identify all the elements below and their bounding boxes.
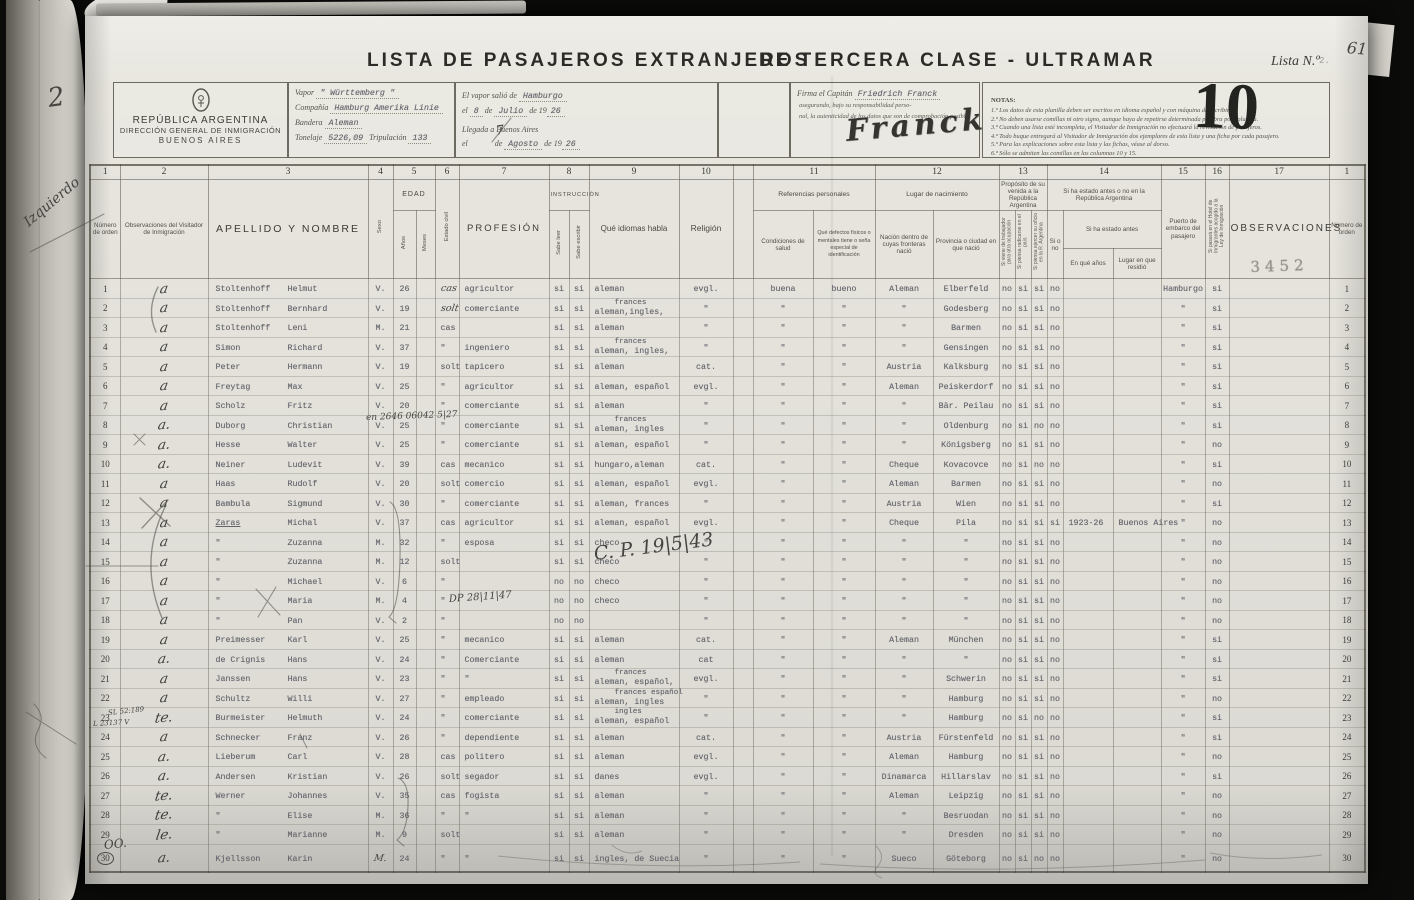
cell-sp bbox=[733, 415, 753, 435]
cell-name2: de CrignisHans bbox=[208, 649, 368, 669]
cell-write: si bbox=[569, 688, 589, 708]
cell-rel: evgl. bbox=[679, 669, 733, 689]
cell-write: si bbox=[569, 844, 589, 872]
cell-rel: " bbox=[679, 591, 733, 611]
cell-write: si bbox=[569, 513, 589, 533]
cell-defect: " bbox=[813, 357, 875, 377]
cell-yrs bbox=[1063, 786, 1113, 806]
cell-write: si bbox=[569, 708, 589, 728]
cell-obs17 bbox=[1229, 766, 1329, 786]
cell-place bbox=[1113, 669, 1161, 689]
cell-rel: " bbox=[679, 318, 733, 338]
cell-write: si bbox=[569, 396, 589, 416]
cell-write: si bbox=[569, 337, 589, 357]
cell-p3: si bbox=[1031, 337, 1047, 357]
cell-yrs bbox=[1063, 357, 1113, 377]
cell-place bbox=[1113, 415, 1161, 435]
cell-health: " bbox=[753, 669, 813, 689]
cell-name2: PreimesserKarl bbox=[208, 630, 368, 650]
cell-rel: " bbox=[679, 493, 733, 513]
cell-yrs bbox=[1063, 415, 1113, 435]
cell-place bbox=[1113, 727, 1161, 747]
cell-p2: si bbox=[1015, 552, 1031, 572]
cell-name2: "Michael bbox=[208, 571, 368, 591]
cell-yrs bbox=[1063, 766, 1113, 786]
cell-n2: 9 bbox=[1329, 435, 1365, 455]
cell-n2: 27 bbox=[1329, 786, 1365, 806]
cell-hotel: si bbox=[1205, 669, 1229, 689]
cell-port: " bbox=[1161, 454, 1205, 474]
cell-p3: si bbox=[1031, 298, 1047, 318]
cell-sex: V. bbox=[368, 786, 393, 806]
cell-rel: " bbox=[679, 532, 733, 552]
cell-city: Bär. Peilau bbox=[933, 396, 999, 416]
salio-month: Julio bbox=[494, 107, 527, 117]
cell-city: Kalksburg bbox=[933, 357, 999, 377]
cell-m bbox=[416, 844, 435, 872]
cell-port: " bbox=[1161, 649, 1205, 669]
cell-n: 19 bbox=[90, 630, 120, 650]
cell-p3: no bbox=[1031, 708, 1047, 728]
cell-p4: no bbox=[1047, 298, 1063, 318]
cell-hotel: si bbox=[1205, 766, 1229, 786]
colnum-7: 7 bbox=[459, 165, 549, 179]
nota-6: 6.ª Sólo se admiten las comillas en las … bbox=[991, 150, 1329, 159]
cell-rel: " bbox=[679, 708, 733, 728]
cell-y: 12 bbox=[393, 552, 416, 572]
cell-place bbox=[1113, 493, 1161, 513]
header-si-ha-estado-antes: Si ha estado antes bbox=[1063, 211, 1161, 249]
cell-n: 26 bbox=[90, 766, 120, 786]
cell-p3: si bbox=[1031, 552, 1047, 572]
cell-p2: si bbox=[1015, 766, 1031, 786]
cell-health: " bbox=[753, 727, 813, 747]
cell-nat: " bbox=[875, 435, 933, 455]
cell-lang: checo bbox=[589, 552, 679, 572]
cell-city: Königsberg bbox=[933, 435, 999, 455]
cell-p4: no bbox=[1047, 786, 1063, 806]
cell-lang: aleman bbox=[589, 825, 679, 845]
cell-civ: solt bbox=[435, 552, 459, 572]
colnum-3: 3 bbox=[208, 165, 368, 179]
cell-sex: M. bbox=[368, 532, 393, 552]
cell-port: " bbox=[1161, 376, 1205, 396]
captain-fineprint-1: asegurando, bajo su responsabilidad pers… bbox=[799, 102, 975, 110]
cell-p2: si bbox=[1015, 298, 1031, 318]
cell-port: " bbox=[1161, 630, 1205, 650]
cell-civ: " bbox=[435, 805, 459, 825]
cell-p1: no bbox=[999, 357, 1015, 377]
cell-place bbox=[1113, 630, 1161, 650]
cell-hotel: no bbox=[1205, 591, 1229, 611]
cell-name2: KjellssonKarin bbox=[208, 844, 368, 872]
cell-city: " bbox=[933, 649, 999, 669]
cell-n2: 2 bbox=[1329, 298, 1365, 318]
cell-hotel: si bbox=[1205, 318, 1229, 338]
cell-yrs bbox=[1063, 532, 1113, 552]
cell-p2: si bbox=[1015, 844, 1031, 872]
cell-city: Dresden bbox=[933, 825, 999, 845]
cell-m bbox=[416, 786, 435, 806]
header-en-que-anos: En qué años bbox=[1063, 249, 1113, 279]
cell-civ: " bbox=[435, 727, 459, 747]
cell-y: 26 bbox=[393, 766, 416, 786]
cell-prof: agricultor bbox=[459, 513, 549, 533]
cell-sex: V. bbox=[368, 630, 393, 650]
cell-yrs: 1923-26 bbox=[1063, 513, 1113, 533]
cell-yrs bbox=[1063, 396, 1113, 416]
cell-nat: " bbox=[875, 396, 933, 416]
cell-civ: " bbox=[435, 591, 459, 611]
cell-health: " bbox=[753, 688, 813, 708]
cell-p1: no bbox=[999, 513, 1015, 533]
cell-obs: a bbox=[120, 630, 208, 650]
cell-hotel: si bbox=[1205, 727, 1229, 747]
colnum-15: 15 bbox=[1161, 165, 1205, 179]
header-observaciones: OBSERVACIONES 3452 bbox=[1229, 179, 1329, 279]
compania-value: Hamburg Amerika Linie bbox=[330, 104, 443, 114]
cell-p3: si bbox=[1031, 805, 1047, 825]
cell-p1: no bbox=[999, 435, 1015, 455]
cell-place bbox=[1113, 688, 1161, 708]
cell-y: 19 bbox=[393, 298, 416, 318]
cell-n: 2 bbox=[90, 298, 120, 318]
header-lugar-residio: Lugar en que residió bbox=[1113, 249, 1161, 279]
cell-lang bbox=[589, 610, 679, 630]
cell-sex: M. bbox=[368, 591, 393, 611]
cell-yrs bbox=[1063, 630, 1113, 650]
cell-defect: " bbox=[813, 786, 875, 806]
cell-n2: 26 bbox=[1329, 766, 1365, 786]
cell-obs: a bbox=[120, 571, 208, 591]
org-department: DIRECCIÓN GENERAL DE INMIGRACIÓN bbox=[114, 126, 287, 135]
cell-city: Barmen bbox=[933, 474, 999, 494]
cell-name2: "Maria bbox=[208, 591, 368, 611]
cell-n2: 1 bbox=[1329, 279, 1365, 299]
cell-defect: " bbox=[813, 844, 875, 872]
table-row: 21aJanssenHansV.23""sisifrancesaleman, e… bbox=[90, 669, 1365, 689]
cell-lang: aleman bbox=[589, 649, 679, 669]
cell-p4: no bbox=[1047, 474, 1063, 494]
table-row: 17a"MariaM.4"nonocheco"""""nosisino"no17 bbox=[90, 591, 1365, 611]
cell-hotel: no bbox=[1205, 688, 1229, 708]
table-row: 30a.KjellssonKarinM.24""sisiingles, de S… bbox=[90, 844, 1365, 872]
cell-name2: PeterHermann bbox=[208, 357, 368, 377]
cell-sex: M. bbox=[368, 552, 393, 572]
table-row: 20a.de CrignisHansV.24"Comerciantesisial… bbox=[90, 649, 1365, 669]
cell-write: si bbox=[569, 669, 589, 689]
document-title-left: LISTA DE PASAJEROS EXTRANJEROS bbox=[367, 50, 810, 72]
cell-yrs bbox=[1063, 610, 1113, 630]
cell-n2: 29 bbox=[1329, 825, 1365, 845]
cell-obs: te. bbox=[120, 786, 208, 806]
cell-city: Hillarslav bbox=[933, 766, 999, 786]
cell-name2: "Marianne bbox=[208, 825, 368, 845]
cell-name2: HesseWalter bbox=[208, 435, 368, 455]
cell-n: 23 bbox=[90, 708, 120, 728]
table-row: 4aSimonRichardV.37"ingenierosisifrancesa… bbox=[90, 337, 1365, 357]
cell-obs: a bbox=[120, 532, 208, 552]
cell-m bbox=[416, 688, 435, 708]
cell-read: si bbox=[549, 513, 569, 533]
cell-city: München bbox=[933, 630, 999, 650]
cell-place bbox=[1113, 786, 1161, 806]
cell-p1: no bbox=[999, 669, 1015, 689]
cell-health: " bbox=[753, 474, 813, 494]
cell-sex: V. bbox=[368, 513, 393, 533]
captain-name: Friedrich Franck bbox=[855, 90, 941, 100]
cell-nat: Dinamarca bbox=[875, 766, 933, 786]
cell-sp bbox=[733, 649, 753, 669]
cell-civ: cas bbox=[435, 318, 459, 338]
cell-health: " bbox=[753, 844, 813, 872]
cell-defect: " bbox=[813, 630, 875, 650]
cell-civ: " bbox=[435, 435, 459, 455]
cell-port: " bbox=[1161, 825, 1205, 845]
cell-p4: no bbox=[1047, 396, 1063, 416]
cell-nat: Aleman bbox=[875, 747, 933, 767]
cell-n: 6 bbox=[90, 376, 120, 396]
document-title-right: DE TERCERA CLASE - ULTRAMAR bbox=[759, 50, 1156, 72]
de19-label2: de 19 bbox=[544, 139, 562, 148]
cell-place: Buenos Aires bbox=[1113, 513, 1161, 533]
cell-m bbox=[416, 825, 435, 845]
cell-sp bbox=[733, 630, 753, 650]
cell-p2: si bbox=[1015, 474, 1031, 494]
cell-sex: V. bbox=[368, 337, 393, 357]
cell-n: 15 bbox=[90, 552, 120, 572]
cell-nat: " bbox=[875, 591, 933, 611]
cell-n2: 13 bbox=[1329, 513, 1365, 533]
llegada-month: Agosto bbox=[504, 140, 542, 150]
cell-lang: frances españolaleman, ingles bbox=[589, 688, 679, 708]
cell-defect: " bbox=[813, 669, 875, 689]
cell-y: 26 bbox=[393, 727, 416, 747]
header-sexo: Sexo bbox=[368, 179, 393, 279]
table-row: 1aStoltenhoffHelmutV.26casagricultorsisi… bbox=[90, 279, 1365, 299]
cell-civ: " bbox=[435, 669, 459, 689]
cell-city: Pila bbox=[933, 513, 999, 533]
cell-read: no bbox=[549, 591, 569, 611]
cell-health: " bbox=[753, 708, 813, 728]
cell-name2: WernerJohannes bbox=[208, 786, 368, 806]
cell-prof: comercio bbox=[459, 474, 549, 494]
cell-name2: ZarasMichal bbox=[208, 513, 368, 533]
cell-obs17 bbox=[1229, 396, 1329, 416]
cell-y: 32 bbox=[393, 532, 416, 552]
cell-name2: LieberumCarl bbox=[208, 747, 368, 767]
cell-p2: si bbox=[1015, 786, 1031, 806]
tripulacion-label: Tripulación bbox=[369, 133, 406, 142]
cell-obs: te. bbox=[120, 805, 208, 825]
cell-p4: no bbox=[1047, 571, 1063, 591]
cell-obs17 bbox=[1229, 337, 1329, 357]
cell-sex: V. bbox=[368, 474, 393, 494]
cell-city: " bbox=[933, 591, 999, 611]
cell-yrs bbox=[1063, 649, 1113, 669]
cell-rel: " bbox=[679, 825, 733, 845]
cell-obs17 bbox=[1229, 844, 1329, 872]
header-profesion: PROFESIÓN bbox=[459, 179, 549, 279]
cell-obs: a. bbox=[120, 454, 208, 474]
cell-p4: no bbox=[1047, 376, 1063, 396]
org-city: BUENOS AIRES bbox=[114, 136, 287, 145]
cell-rel: " bbox=[679, 610, 733, 630]
cell-prof: comerciante bbox=[459, 708, 549, 728]
cell-port: " bbox=[1161, 727, 1205, 747]
cell-nat: " bbox=[875, 415, 933, 435]
cell-sex: V. bbox=[368, 610, 393, 630]
cell-p1: no bbox=[999, 298, 1015, 318]
cell-defect: " bbox=[813, 727, 875, 747]
cell-obs17 bbox=[1229, 435, 1329, 455]
cell-obs: a bbox=[120, 669, 208, 689]
table-row: 19aPreimesserKarlV.25"mecanicosisialeman… bbox=[90, 630, 1365, 650]
notas-label: NOTAS: bbox=[991, 97, 1015, 104]
cell-health: " bbox=[753, 435, 813, 455]
cell-n2: 23 bbox=[1329, 708, 1365, 728]
cell-prof: dependiente bbox=[459, 727, 549, 747]
cell-obs: a bbox=[120, 318, 208, 338]
table-header: 1 2 3 4 5 6 7 8 9 10 11 12 13 1 bbox=[90, 165, 1365, 279]
cell-p2: si bbox=[1015, 415, 1031, 435]
cell-hotel: no bbox=[1205, 825, 1229, 845]
cell-name2: HaasRudolf bbox=[208, 474, 368, 494]
cell-lang: aleman, español bbox=[589, 513, 679, 533]
scanned-passenger-list: LISTA DE PASAJEROS EXTRANJEROS DE TERCER… bbox=[0, 0, 1414, 900]
cell-y: 19 bbox=[393, 357, 416, 377]
cell-hotel: no bbox=[1205, 513, 1229, 533]
bandera-value: Aleman bbox=[325, 119, 363, 129]
cell-city: Gensingen bbox=[933, 337, 999, 357]
cell-n: 13 bbox=[90, 513, 120, 533]
cell-n: 27 bbox=[90, 786, 120, 806]
cell-sex: M. bbox=[368, 805, 393, 825]
cell-hotel: no bbox=[1205, 844, 1229, 872]
cell-p3: si bbox=[1031, 435, 1047, 455]
cell-defect: " bbox=[813, 610, 875, 630]
cell-port: " bbox=[1161, 298, 1205, 318]
compania-label: Compañía bbox=[295, 103, 328, 112]
cell-n2: 19 bbox=[1329, 630, 1365, 650]
cell-m bbox=[416, 298, 435, 318]
cell-p1: no bbox=[999, 649, 1015, 669]
cell-sp bbox=[733, 279, 753, 299]
cell-civ: " bbox=[435, 708, 459, 728]
notas-box: NOTAS: 1.ª Los datos de esta planilla de… bbox=[982, 82, 1330, 158]
cell-sex: V. bbox=[368, 747, 393, 767]
cell-defect: " bbox=[813, 825, 875, 845]
cell-p1: no bbox=[999, 396, 1015, 416]
cell-nat: " bbox=[875, 610, 933, 630]
cell-rel: cat. bbox=[679, 357, 733, 377]
cell-rel: " bbox=[679, 688, 733, 708]
cell-civ: " bbox=[435, 532, 459, 552]
cell-p3: si bbox=[1031, 532, 1047, 552]
cell-read: si bbox=[549, 279, 569, 299]
cell-p1: no bbox=[999, 786, 1015, 806]
cell-defect: " bbox=[813, 747, 875, 767]
cell-port: " bbox=[1161, 435, 1205, 455]
cell-n2: 21 bbox=[1329, 669, 1365, 689]
cell-p3: si bbox=[1031, 825, 1047, 845]
cell-write: si bbox=[569, 766, 589, 786]
cell-n2: 15 bbox=[1329, 552, 1365, 572]
table-row: 8a.DuborgChristianV.25"comerciantesisifr… bbox=[90, 415, 1365, 435]
cell-p3: si bbox=[1031, 669, 1047, 689]
cell-nat: Aleman bbox=[875, 630, 933, 650]
cell-read: si bbox=[549, 844, 569, 872]
cell-p1: no bbox=[999, 415, 1015, 435]
cell-prof bbox=[459, 610, 549, 630]
cell-lang: danes bbox=[589, 766, 679, 786]
cell-defect: " bbox=[813, 532, 875, 552]
cell-p2: si bbox=[1015, 357, 1031, 377]
cell-sp bbox=[733, 513, 753, 533]
table-row: 9a.HesseWalterV.25"comerciantesisialeman… bbox=[90, 435, 1365, 455]
cell-write: si bbox=[569, 727, 589, 747]
cell-p1: no bbox=[999, 279, 1015, 299]
cell-n2: 24 bbox=[1329, 727, 1365, 747]
cell-rel: " bbox=[679, 844, 733, 872]
cell-read: si bbox=[549, 474, 569, 494]
header-numero: Número de orden bbox=[90, 179, 120, 279]
table-row: 13aZarasMichalV.37casagricultorsisialema… bbox=[90, 513, 1365, 533]
cell-city: Barmen bbox=[933, 318, 999, 338]
cell-hotel: no bbox=[1205, 610, 1229, 630]
cell-lang: aleman, frances bbox=[589, 493, 679, 513]
cell-p4: no bbox=[1047, 610, 1063, 630]
cell-health: " bbox=[753, 610, 813, 630]
cell-m bbox=[416, 708, 435, 728]
cell-n2: 17 bbox=[1329, 591, 1365, 611]
cell-obs: a. bbox=[120, 747, 208, 767]
cell-name2: JanssenHans bbox=[208, 669, 368, 689]
cell-nat: Cheque bbox=[875, 513, 933, 533]
table-row: 2aStoltenhoffBernhardV.19soltcomerciante… bbox=[90, 298, 1365, 318]
cell-nat: " bbox=[875, 318, 933, 338]
cell-read: si bbox=[549, 493, 569, 513]
el-label2: el bbox=[462, 139, 468, 148]
nota-1: 1.ª Los datos de esta planilla deben ser… bbox=[991, 107, 1329, 116]
org-name: REPÚBLICA ARGENTINA bbox=[114, 115, 287, 126]
cell-lang: aleman bbox=[589, 786, 679, 806]
cell-city: Peiskerdorf bbox=[933, 376, 999, 396]
cell-y: 25 bbox=[393, 376, 416, 396]
cell-obs: a. bbox=[120, 435, 208, 455]
cell-p2: si bbox=[1015, 493, 1031, 513]
cell-name2: SimonRichard bbox=[208, 337, 368, 357]
cell-m bbox=[416, 318, 435, 338]
cell-p1: no bbox=[999, 766, 1015, 786]
cell-y: 2 bbox=[393, 610, 416, 630]
header-anos: Años bbox=[393, 211, 416, 279]
cell-n: 8 bbox=[90, 415, 120, 435]
header-proposito-b: Si piensa radicarse en el país bbox=[1015, 211, 1031, 279]
cell-sp bbox=[733, 396, 753, 416]
cell-p3: si bbox=[1031, 688, 1047, 708]
cell-n: 20 bbox=[90, 649, 120, 669]
cell-y: 37 bbox=[393, 337, 416, 357]
cell-health: " bbox=[753, 513, 813, 533]
cell-sp bbox=[733, 318, 753, 338]
observaciones-stamp: 3452 bbox=[1229, 256, 1329, 277]
cell-m bbox=[416, 415, 435, 435]
cell-n2: 7 bbox=[1329, 396, 1365, 416]
cell-p4: no bbox=[1047, 532, 1063, 552]
cell-sex: V. bbox=[368, 415, 393, 435]
cell-p1: no bbox=[999, 532, 1015, 552]
